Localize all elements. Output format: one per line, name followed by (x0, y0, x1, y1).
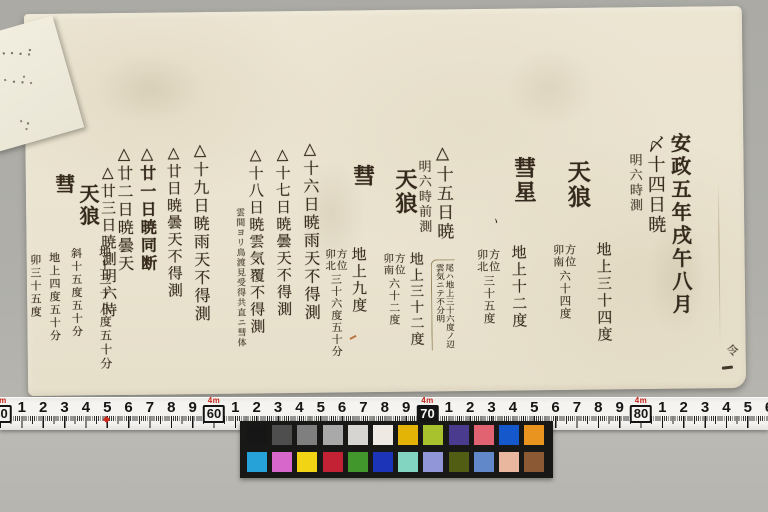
tape-centimeter-digit: 7 (359, 400, 367, 415)
tape-centimeter-digit: 4 (509, 400, 517, 415)
color-patch (323, 425, 343, 445)
sirius15-altitude: 地上三十二度 (409, 252, 424, 348)
tape-centimeter-digit: 3 (60, 400, 68, 415)
color-patch (348, 452, 368, 472)
show-through-smudge (504, 48, 595, 129)
azimuth-value: 三十五度 (483, 275, 495, 325)
tape-decimeter-label: 4m60 (203, 397, 225, 423)
sirius14-altitude: 地上三十四度 (595, 241, 611, 343)
sirius23-name: 天狼 (78, 183, 98, 227)
tape-centimeter-digit: 4 (295, 400, 303, 415)
tape-centimeter-digit: 4 (82, 400, 90, 415)
color-patch (272, 425, 292, 445)
tape-centimeter-digit: 5 (744, 400, 752, 415)
color-patch (398, 425, 418, 445)
entry-day14-time: 明六時測 (627, 153, 641, 213)
note-line: 雲気ニテ不分明 (435, 263, 444, 348)
title-column: 安政五年戌午八月 (669, 133, 691, 317)
color-patch (524, 425, 544, 445)
corner-inventory-mark: 令 (725, 343, 739, 358)
tape-centimeter-digit: 7 (146, 400, 154, 415)
color-patch (297, 425, 317, 445)
tape-decimeter-label: 4m50 (0, 397, 12, 423)
sirius15-azimuth: 方位 卯南 六十二度 (383, 253, 406, 326)
sirius14-name: 天狼 (566, 160, 590, 210)
tape-centimeter-digit: 2 (466, 400, 474, 415)
comet15-name: 彗 (352, 164, 374, 188)
tape-meter-label: 4m (421, 397, 434, 405)
tape-centimeter-digit: 5 (103, 400, 111, 415)
tape-centimeter-digit: 5 (530, 400, 538, 415)
color-patch (449, 452, 469, 472)
comet23-tail-length: 斜十五度五十分 (71, 247, 83, 338)
color-patch (272, 452, 292, 472)
color-patch (247, 452, 267, 472)
sirius15-margin-note: 尾ハ地上三十六度ノ辺 雲気ニテ不分明 (431, 259, 456, 350)
color-calibration-chart (240, 421, 553, 478)
azimuth-value: 六十二度 (388, 278, 400, 326)
tape-centimeter-digit: 7 (573, 400, 581, 415)
tape-centimeter-digit: 2 (680, 400, 688, 415)
color-patch (423, 425, 443, 445)
tape-centimeter-digit: 6 (124, 400, 132, 415)
tape-centimeter-digit: 1 (445, 400, 453, 415)
color-patch (323, 452, 343, 472)
tape-centimeter-digit: 1 (18, 400, 26, 415)
tape-meter-label: 4m (0, 397, 7, 405)
tape-centimeter-digit: 9 (188, 400, 196, 415)
tape-centimeter-digit: 4 (722, 400, 730, 415)
tape-centimeter-digit: 8 (594, 400, 602, 415)
ink-tick-mark: ヽ (487, 214, 500, 228)
tape-centimeter-digit: 8 (167, 400, 175, 415)
color-patch (373, 425, 393, 445)
color-patch (499, 452, 519, 472)
tape-centimeter-digit: 9 (615, 400, 623, 415)
azimuth-direction: 卯北 (477, 249, 488, 273)
tape-centimeter-digit: 6 (551, 400, 559, 415)
manuscript-sheet: 安政五年戌午八月 〆十四日暁 明六時測 天狼 地上三十四度 方位 卯南 六十四度… (24, 6, 746, 396)
entry-day15-date: △十五日暁 (433, 143, 451, 241)
tape-centimeter-digit: 2 (253, 400, 261, 415)
comet14-azimuth: 方位 卯北 三十五度 (477, 249, 501, 325)
azimuth-value: 三十六度五十分 (330, 274, 342, 358)
azimuth-label: 方位 (394, 253, 405, 276)
sirius15-name: 天狼 (394, 168, 417, 216)
color-patch (348, 425, 368, 445)
azimuth-direction: 卯南 (383, 253, 394, 276)
corner-ink-dash (722, 365, 733, 369)
entry-day19: △十九日暁雨天不得測 (191, 140, 209, 323)
entry-day20: △廿日暁曇天不得測 (165, 143, 182, 299)
entry-day15-time: 明六時前測 (417, 159, 431, 234)
azimuth-direction: 卯南 (552, 244, 563, 268)
slip-faded-writing (3, 52, 5, 54)
comet23-azimuth: 卯三十五度 (30, 254, 42, 319)
tape-centimeter-digit: 5 (317, 400, 325, 415)
sirius23-altitude: 地上三十八度五十分 (98, 245, 111, 371)
color-patch (398, 452, 418, 472)
tape-centimeter-digit: 9 (402, 400, 410, 415)
color-patch (524, 452, 544, 472)
comet15-azimuth: 方位 卯北 三十六度五十分 (325, 248, 348, 357)
comet14-altitude: 地上十二度 (511, 244, 527, 329)
azimuth-direction: 卯北 (325, 249, 336, 272)
color-patch (373, 452, 393, 472)
comet15-altitude: 地上九度 (351, 246, 367, 314)
paper-crease (718, 181, 721, 346)
comet14-name: 彗星 (513, 156, 536, 204)
tape-centimeter-digit: 3 (274, 400, 282, 415)
comet23-name: 彗 (54, 174, 74, 196)
tape-decimeter-label: 4m80 (630, 397, 652, 423)
sirius14-azimuth: 方位 卯南 六十四度 (552, 244, 576, 320)
tape-centimeter-digit: 3 (701, 400, 709, 415)
entry-day16: △十六日暁雨天不得測 (301, 139, 319, 322)
entry-day17: △十七日暁曇天不得測 (274, 145, 291, 318)
photo-stage: 安政五年戌午八月 〆十四日暁 明六時測 天狼 地上三十四度 方位 卯南 六十四度… (0, 0, 768, 512)
color-patch (474, 425, 494, 445)
tape-centimeter-digit: 2 (39, 400, 47, 415)
entry-day18: △十八日暁雲気覆不得測 (247, 145, 264, 335)
tape-meter-label: 4m (635, 397, 648, 405)
tape-decimeter-label: 4m70 (416, 397, 438, 423)
color-patch (474, 452, 494, 472)
entry-day22: △廿二日暁曇天 (115, 144, 132, 273)
azimuth-label: 方位 (489, 249, 500, 273)
entry-day18-note: 雲間ヨリ鳥渡見受得共直ニ彗体 (234, 208, 245, 348)
color-patch (297, 452, 317, 472)
entry-day14-date: 〆十四日暁 (645, 135, 664, 235)
color-patch (247, 425, 267, 445)
azimuth-label: 方位 (336, 248, 347, 271)
tape-centimeter-digit: 6 (338, 400, 346, 415)
tape-centimeter-digit: 1 (658, 400, 666, 415)
note-line: 尾ハ地上三十六度ノ辺 (444, 263, 453, 348)
color-patch (499, 425, 519, 445)
azimuth-label: 方位 (564, 244, 575, 268)
tape-centimeter-digit: 8 (381, 400, 389, 415)
tape-centimeter-digit: 3 (487, 400, 495, 415)
color-patch (423, 452, 443, 472)
entry-day21: △廿一日暁同断 (138, 144, 155, 273)
azimuth-value: 六十四度 (559, 270, 571, 320)
color-patch (449, 425, 469, 445)
red-correction-dash (349, 335, 356, 340)
comet23-altitude: 地上四度五十分 (49, 252, 61, 343)
show-through-smudge (94, 52, 205, 123)
tape-meter-label: 4m (208, 397, 221, 405)
tape-centimeter-digit: 1 (231, 400, 239, 415)
